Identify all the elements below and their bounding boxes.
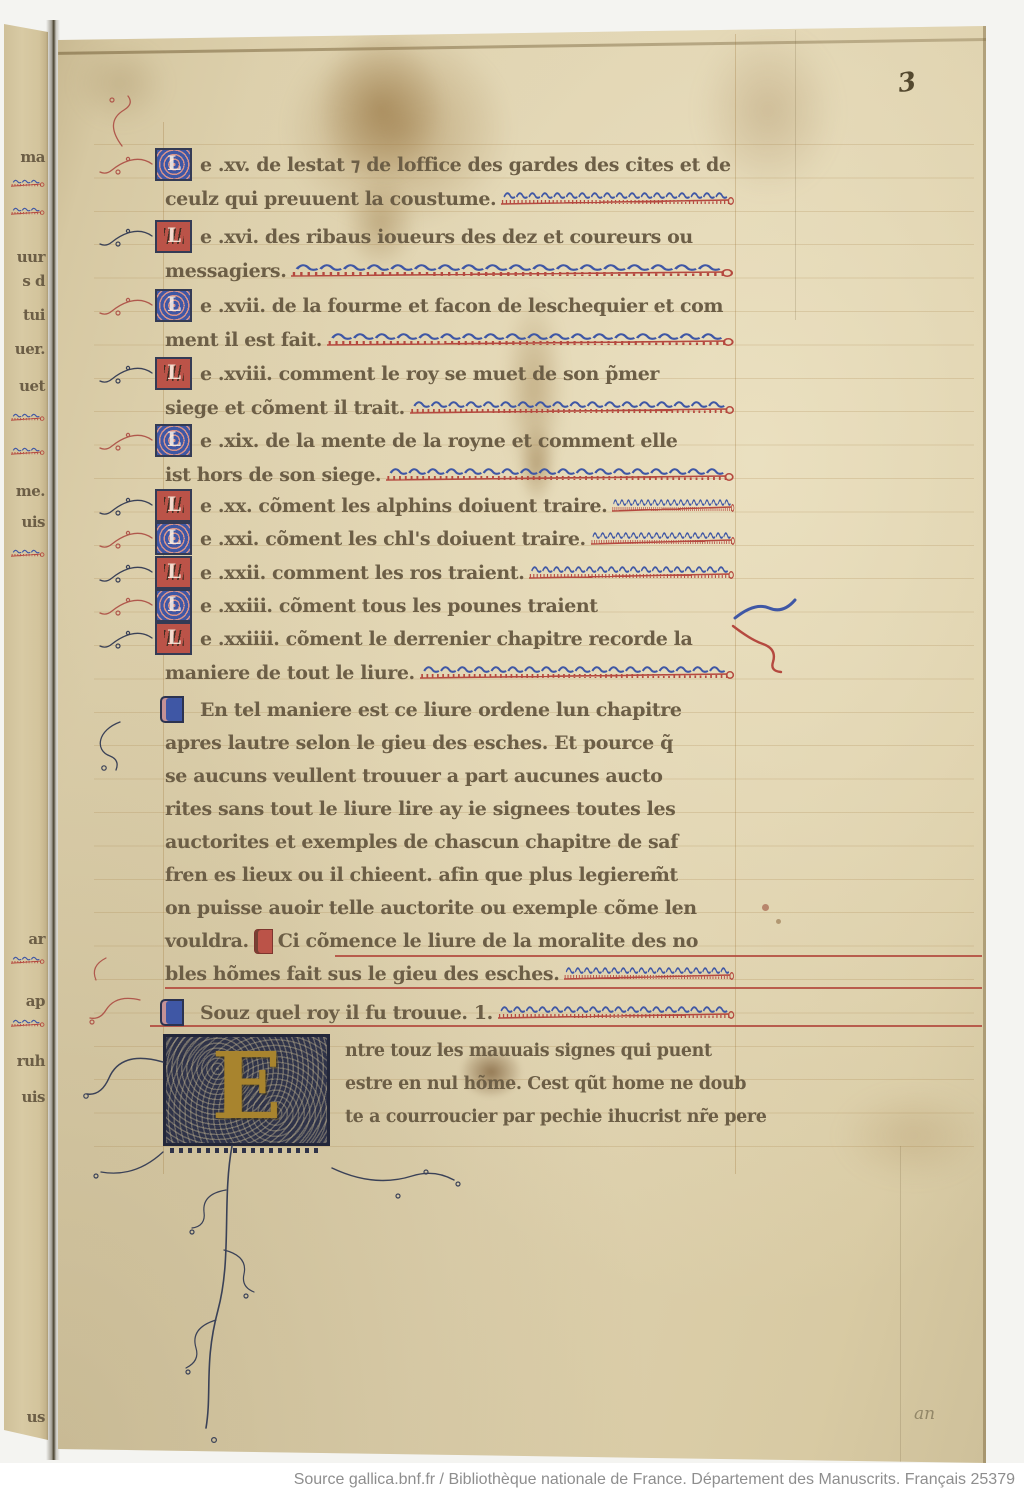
line-text: messagiers.	[165, 260, 286, 282]
gallica-scan: mauurs dtuiuer.uetme.uisarapruhuisus E 3…	[0, 0, 1024, 1496]
initial-letter: L	[167, 592, 181, 616]
manuscript-line: e .xviii. comment le roy se muet de son …	[200, 359, 735, 389]
line-text: e .xxiiii. cõment le derrenier chapitre …	[200, 628, 692, 650]
drop-cap-dots	[170, 1148, 320, 1153]
line-filler	[498, 1003, 735, 1023]
line-text: se aucuns veullent trouuer a part aucune…	[165, 765, 663, 787]
manuscript-line: e .xxii. comment les ros traient.	[200, 558, 735, 588]
prev-page-fragment: tui	[23, 306, 45, 324]
initial-letter: L	[167, 223, 181, 247]
chapter-initial: L	[155, 424, 192, 457]
line-text: on puisse auoir telle auctorite ou exemp…	[165, 897, 697, 919]
prev-page-filler	[11, 1018, 45, 1029]
manuscript-line: ceulz qui preuuent la coustume.	[165, 184, 735, 214]
caption-bar: Source gallica.bnf.fr / Bibliothèque nat…	[0, 1463, 1024, 1496]
drop-cap-letter: E	[211, 1040, 281, 1132]
manuscript-line: ntre touz les mauuais signes qui puent	[345, 1036, 735, 1066]
line-text: auctorites et exemples de chascun chapit…	[165, 831, 678, 853]
manuscript-line: e .xvii. de la fourme et facon de lesche…	[200, 291, 735, 321]
stain	[73, 41, 168, 126]
prev-page-fragment: me.	[16, 482, 45, 500]
line-text: e .xv. de lestat ⁊ de loffice des gardes…	[200, 154, 731, 176]
chapter-initial: L	[155, 589, 192, 622]
manuscript-line: siege et cõment il trait.	[165, 393, 735, 423]
manuscript-line: ist hors de son siege.	[165, 460, 735, 490]
manuscript-line: bles hõmes fait sus le gieu des esches.	[165, 959, 735, 989]
paragraph-mark	[160, 999, 184, 1026]
manuscript-line: messagiers.	[165, 256, 735, 286]
manuscript-line: e .xvi. des ribaus ioueurs des dez et co…	[200, 222, 735, 252]
line-filler	[501, 189, 735, 209]
line-text: e .xix. de la mente de la royne et comme…	[200, 430, 677, 452]
manuscript-line: e .xxiiii. cõment le derrenier chapitre …	[200, 624, 735, 654]
manuscript-line: on puisse auoir telle auctorite ou exemp…	[165, 893, 735, 923]
drop-cap-e: E	[163, 1034, 330, 1146]
manuscript-line: e .xxi. cõment les chl's doiuent traire.	[200, 524, 735, 554]
line-text: Ci cõmence le liure de la moralite des n…	[278, 930, 698, 952]
prev-page-fragment: ma	[20, 148, 45, 166]
manuscript-page: E 3 an e .xv. de lestat ⁊ de loffice des…	[58, 26, 986, 1463]
line-filler	[327, 330, 735, 350]
line-text: bles hõmes fait sus le gieu des esches.	[165, 963, 559, 985]
prev-page-filler	[11, 412, 45, 423]
line-filler	[291, 261, 735, 281]
manuscript-line: ment il est fait.	[165, 325, 735, 355]
prev-page-filler	[11, 955, 45, 966]
corner-mark: an	[914, 1404, 935, 1424]
prev-page-fragment: s d	[22, 272, 45, 290]
line-text: e .xvi. des ribaus ioueurs des dez et co…	[200, 226, 693, 248]
initial-letter: L	[167, 427, 181, 451]
line-text: rites sans tout le liure lire ay ie sign…	[165, 798, 675, 820]
page-right-edge	[983, 26, 986, 1463]
line-filler	[420, 663, 735, 683]
initial-letter: L	[167, 525, 181, 549]
prev-page-fragment: uis	[21, 513, 45, 531]
manuscript-line: apres lautre selon le gieu des esches. E…	[165, 728, 735, 758]
prev-page-fragment: ruh	[17, 1052, 45, 1070]
initial-letter: L	[167, 151, 181, 175]
prev-page-fragment: uur	[17, 248, 45, 266]
prev-page-fragment: uer.	[15, 340, 45, 358]
manuscript-line: e .xx. cõment les alphins doiuent traire…	[200, 491, 735, 521]
manuscript-line: auctorites et exemples de chascun chapit…	[165, 827, 735, 857]
line-text: e .xvii. de la fourme et facon de lesche…	[200, 295, 723, 317]
chapter-initial: L	[155, 489, 192, 522]
chapter-initial: L	[155, 220, 192, 253]
line-text: e .xviii. comment le roy se muet de son …	[200, 363, 659, 385]
prev-page-fragment: uis	[21, 1088, 45, 1106]
chapter-initial: L	[155, 522, 192, 555]
line-text: ment il est fait.	[165, 329, 322, 351]
prev-page-fragment: us	[27, 1408, 45, 1426]
line-text: ceulz qui preuuent la coustume.	[165, 188, 496, 210]
line-filler	[410, 398, 735, 418]
line-text: e .xxiii. cõment tous les pounes traient	[200, 595, 598, 617]
line-text: apres lautre selon le gieu des esches. E…	[165, 732, 673, 754]
prev-page-fragment: ap	[26, 992, 45, 1010]
paragraph-mark	[160, 696, 184, 723]
line-text: e .xxii. comment les ros traient.	[200, 562, 524, 584]
line-text: e .xxi. cõment les chl's doiuent traire.	[200, 528, 586, 550]
manuscript-line: rites sans tout le liure lire ay ie sign…	[165, 794, 735, 824]
line-text: ntre touz les mauuais signes qui puent	[345, 1041, 712, 1061]
line-text: fren es lieux ou il chieent. afin que pl…	[165, 864, 678, 886]
prev-page-filler	[11, 206, 45, 217]
binding-gutter	[46, 20, 60, 1460]
line-filler	[612, 496, 735, 516]
paragraph-mark	[254, 929, 273, 954]
line-filler	[386, 465, 735, 485]
prev-page-fragment: ar	[28, 930, 45, 948]
manuscript-line: Souz quel roy il fu trouue. 1.	[200, 998, 735, 1028]
manuscript-line: e .xv. de lestat ⁊ de loffice des gardes…	[200, 150, 735, 180]
folio-number: 3	[896, 67, 918, 99]
page-top-edge	[58, 38, 986, 55]
chapter-initial: L	[155, 289, 192, 322]
line-filler	[591, 529, 735, 549]
initial-letter: L	[167, 360, 181, 384]
line-text: ist hors de son siege.	[165, 464, 381, 486]
line-text: e .xx. cõment les alphins doiuent traire…	[200, 495, 607, 517]
manuscript-line: e .xxiii. cõment tous les pounes traient	[200, 591, 735, 621]
manuscript-line: maniere de tout le liure.	[165, 658, 735, 688]
prev-page-filler	[11, 178, 45, 189]
initial-letter: L	[167, 492, 181, 516]
caption-text: Source gallica.bnf.fr / Bibliothèque nat…	[294, 1471, 1024, 1489]
prev-page-filler	[11, 446, 45, 457]
line-text: estre en nul hõme. Cest qũt home ne doub	[345, 1074, 746, 1094]
line-text: En tel maniere est ce liure ordene lun c…	[200, 699, 682, 721]
parchment-crease	[795, 30, 796, 320]
line-text: siege et cõment il trait.	[165, 397, 405, 419]
manuscript-line: En tel maniere est ce liure ordene lun c…	[200, 695, 735, 725]
ruling-vertical-right	[735, 34, 736, 1174]
chapter-initial: L	[155, 357, 192, 390]
initial-letter: L	[167, 625, 181, 649]
manuscript-line: te a courroucier par pechie ihucrist nr̃…	[345, 1102, 735, 1132]
manuscript-line: se aucuns veullent trouuer a part aucune…	[165, 761, 735, 791]
chapter-initial: L	[155, 148, 192, 181]
manuscript-line: vouldra.Ci cõmence le liure de la morali…	[165, 926, 735, 956]
manuscript-line: fren es lieux ou il chieent. afin que pl…	[165, 860, 735, 890]
line-text: Souz quel roy il fu trouue. 1.	[200, 1002, 493, 1024]
line-text: maniere de tout le liure.	[165, 662, 415, 684]
line-filler	[529, 563, 735, 583]
parchment-crease	[900, 1146, 901, 1463]
line-text: vouldra.	[165, 930, 249, 952]
line-text: te a courroucier par pechie ihucrist nr̃…	[345, 1107, 766, 1127]
manuscript-line: estre en nul hõme. Cest qũt home ne doub	[345, 1069, 735, 1099]
chapter-initial: L	[155, 556, 192, 589]
prev-page-fragment: uet	[19, 377, 45, 395]
manuscript-line: e .xix. de la mente de la royne et comme…	[200, 426, 735, 456]
previous-page-edge: mauurs dtuiuer.uetme.uisarapruhuisus	[4, 24, 48, 1448]
initial-letter: L	[167, 559, 181, 583]
chapter-initial: L	[155, 622, 192, 655]
initial-letter: L	[167, 292, 181, 316]
prev-page-filler	[11, 548, 45, 559]
line-filler	[564, 964, 735, 984]
